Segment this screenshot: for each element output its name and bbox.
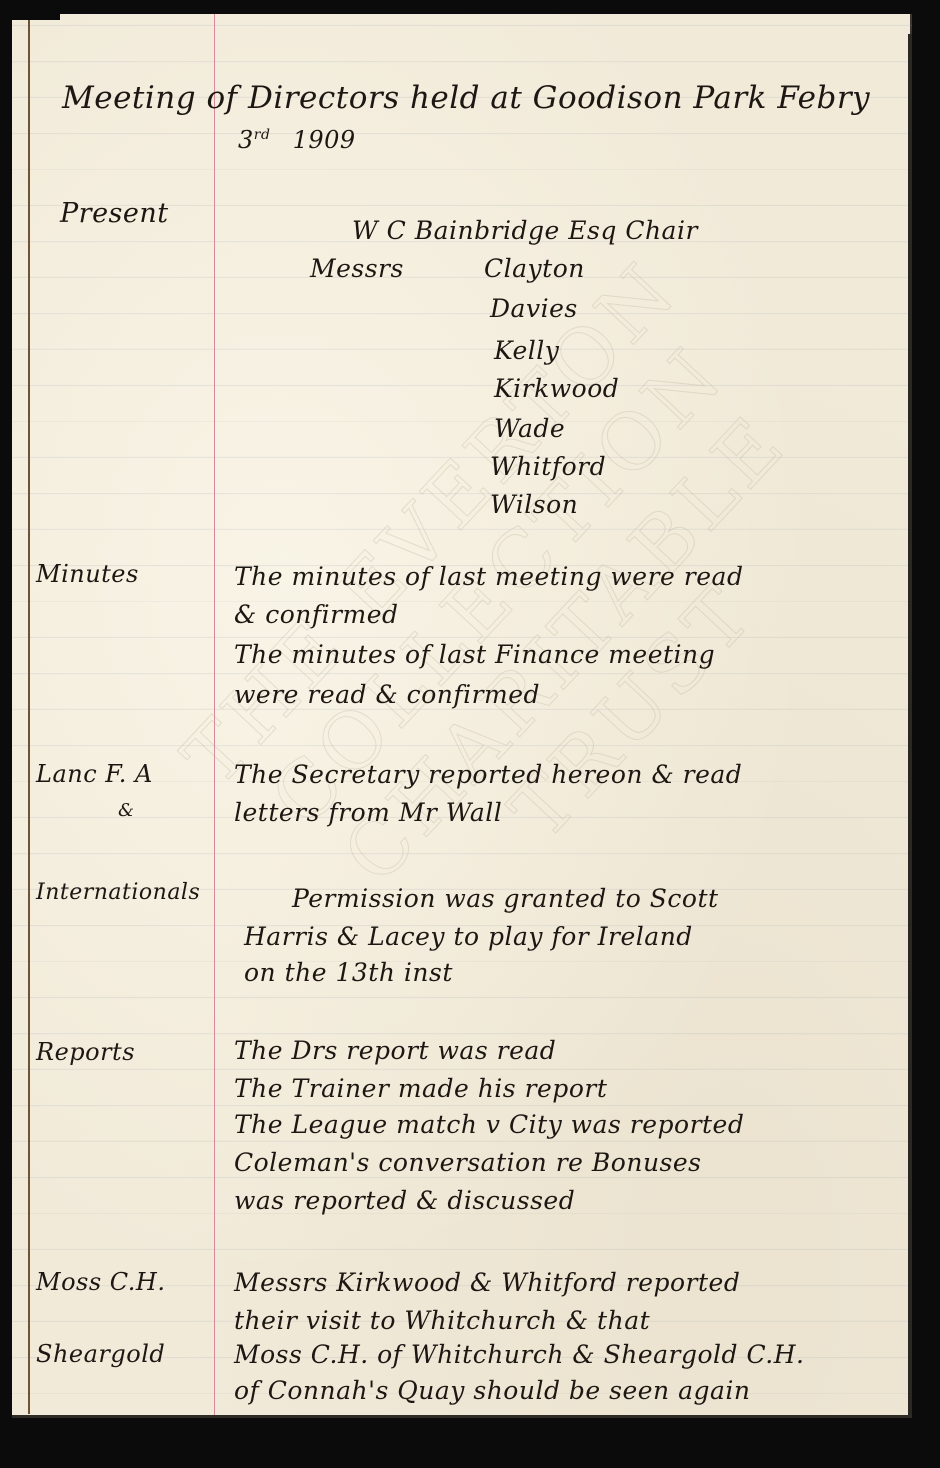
- entry-line: Harris & Lacey to play for Ireland: [244, 922, 693, 951]
- entry-line: Moss C.H. of Whitchurch & Sheargold C.H.: [234, 1340, 804, 1369]
- red-margin-rule: [214, 14, 215, 1418]
- gutter-rule: [28, 20, 30, 1414]
- page-bottom-edge: [12, 1415, 912, 1418]
- entry-line: The minutes of last Finance meeting: [234, 640, 715, 669]
- entry-line: letters from Mr Wall: [234, 798, 502, 827]
- entry-line: & confirmed: [234, 600, 399, 629]
- page-right-edge: [908, 34, 912, 1418]
- entry-line: Permission was granted to Scott: [292, 884, 719, 913]
- attendee: Kelly: [494, 336, 559, 365]
- entry-line: The Trainer made his report: [234, 1074, 607, 1103]
- entry-line: was reported & discussed: [234, 1186, 575, 1215]
- messrs-label: Messrs: [310, 254, 404, 283]
- label-reports: Reports: [36, 1038, 135, 1066]
- label-present: Present: [60, 198, 169, 229]
- attendee: Kirkwood: [494, 374, 619, 403]
- chair-line: W C Bainbridge Esq Chair: [352, 216, 698, 245]
- entry-line: on the 13th inst: [244, 958, 453, 987]
- meeting-heading: Meeting of Directors held at Goodison Pa…: [62, 80, 870, 116]
- entry-line: of Connah's Quay should be seen again: [234, 1376, 751, 1405]
- label-lanc-fa: Lanc F. A: [36, 760, 153, 788]
- label-internationals: Internationals: [36, 880, 200, 905]
- entry-line: The Drs report was read: [234, 1036, 556, 1065]
- attendee: Wade: [494, 414, 565, 443]
- minute-book-page: THE EVERTON COLLECTION CHARITABLE TRUST …: [12, 14, 912, 1418]
- entry-line: Coleman's conversation re Bonuses: [234, 1148, 702, 1177]
- attendee: Whitford: [490, 452, 606, 481]
- label-minutes: Minutes: [36, 560, 139, 588]
- label-sheargold: Sheargold: [36, 1340, 165, 1368]
- attendee: Clayton: [484, 254, 585, 283]
- meeting-date: 3rd 1909: [238, 126, 356, 154]
- entry-line: Messrs Kirkwood & Whitford reported: [234, 1268, 740, 1297]
- page-corner-notch: [12, 14, 60, 20]
- date-suffix: rd: [254, 127, 271, 143]
- date-day: 3: [238, 126, 254, 154]
- attendee: Wilson: [490, 490, 578, 519]
- attendee: Davies: [490, 294, 578, 323]
- entry-line: The League match v City was reported: [234, 1110, 744, 1139]
- entry-line: their visit to Whitchurch & that: [234, 1306, 650, 1335]
- label-moss-ch: Moss C.H.: [36, 1268, 165, 1296]
- date-year: 1909: [293, 126, 356, 154]
- label-lanc-fa-suffix: &: [118, 800, 135, 821]
- entry-line: were read & confirmed: [234, 680, 540, 709]
- entry-line: The minutes of last meeting were read: [234, 562, 743, 591]
- entry-line: The Secretary reported hereon & read: [234, 760, 742, 789]
